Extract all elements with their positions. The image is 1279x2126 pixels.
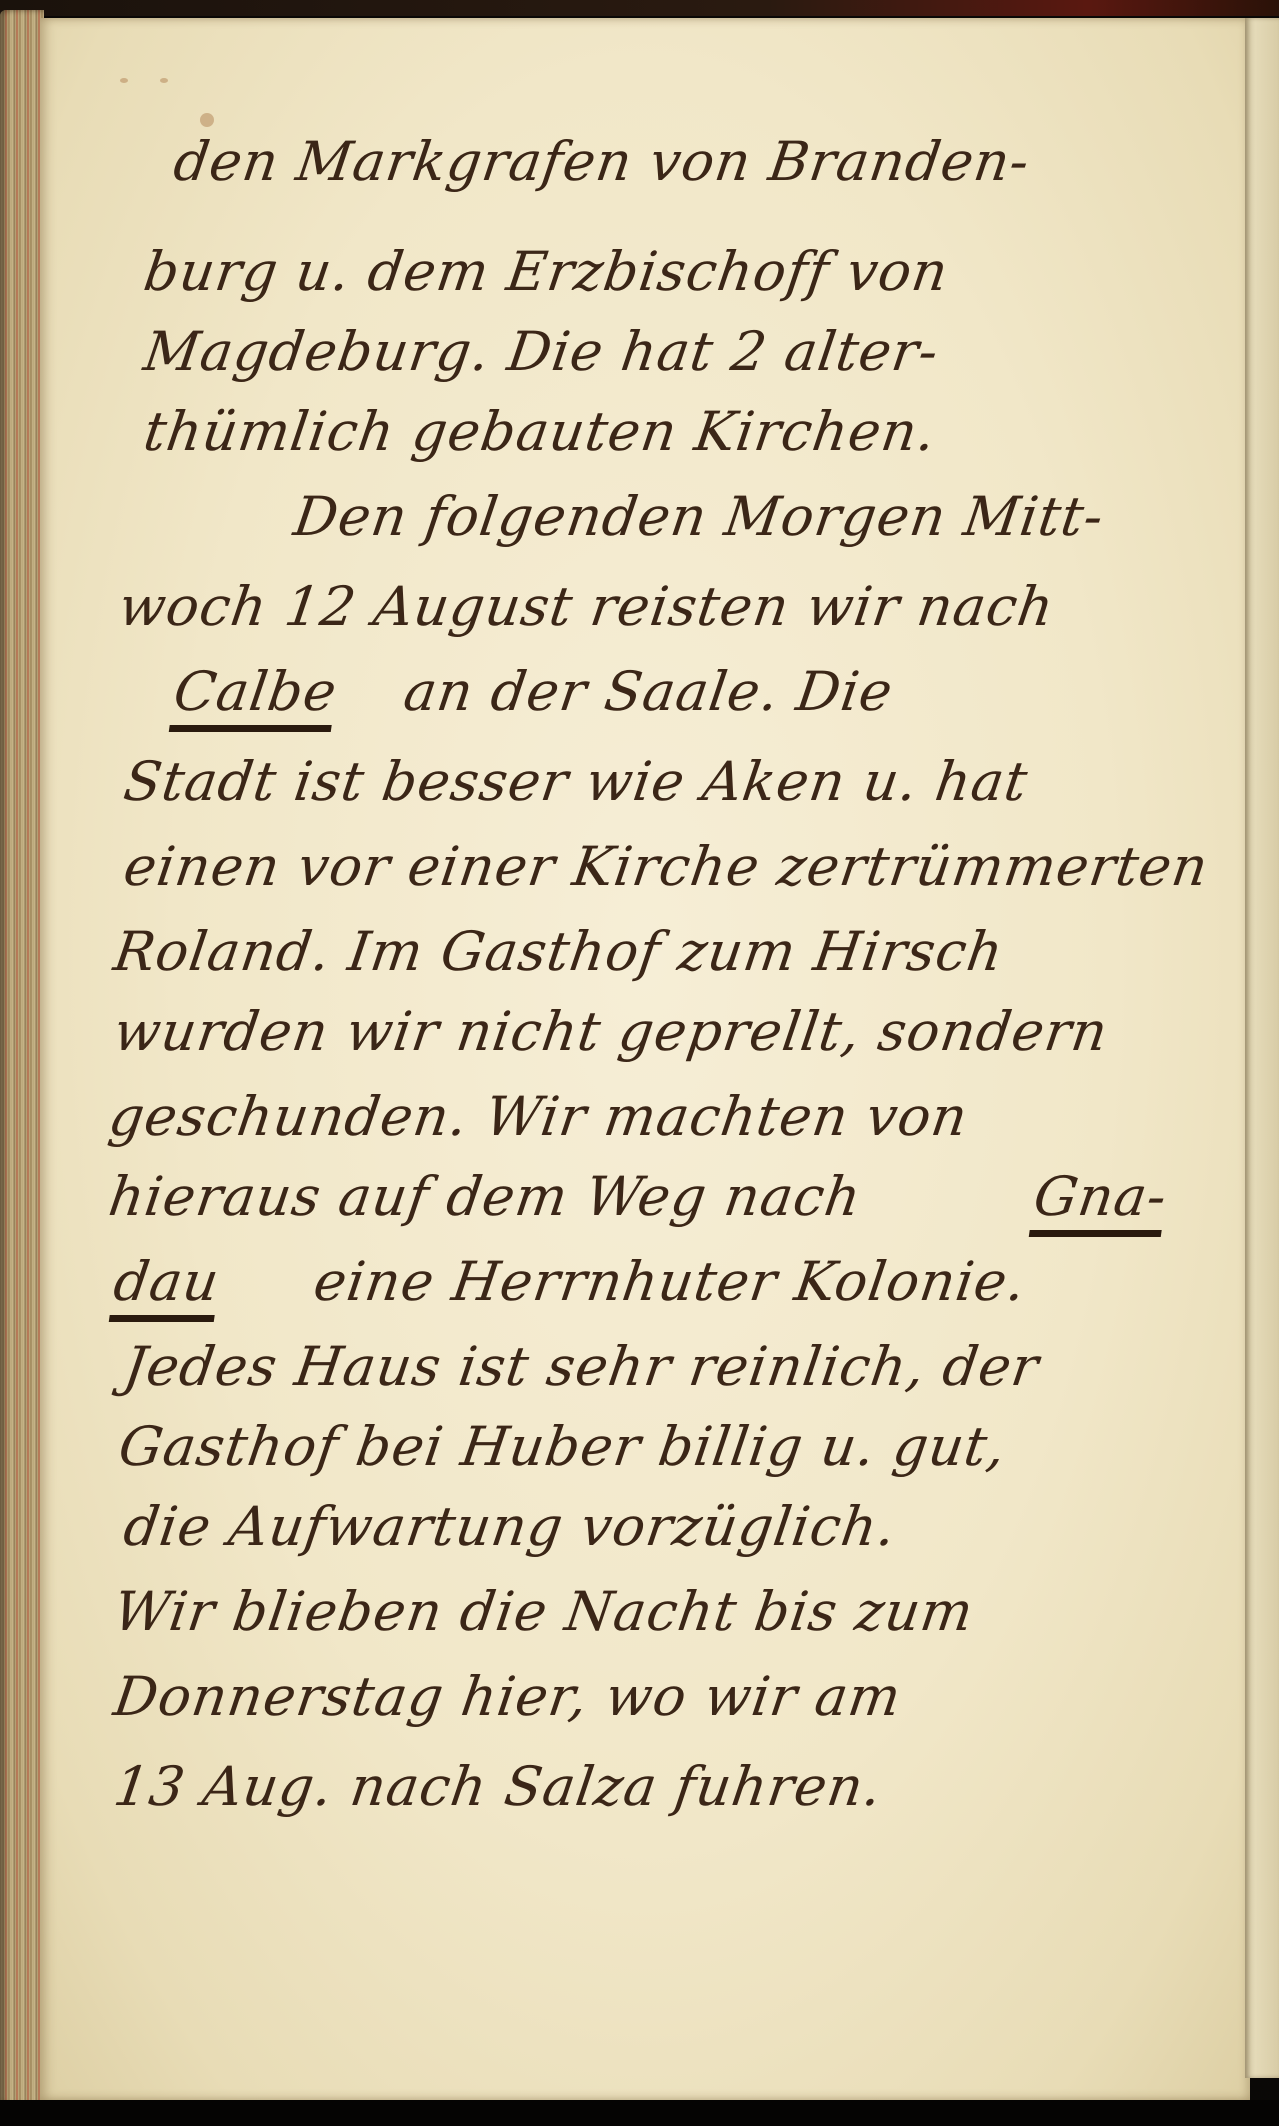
text-line-6: woch 12 August reisten wir nach: [115, 575, 1058, 638]
text-line-16: Gasthof bei Huber billig u. gut,: [115, 1415, 1010, 1478]
text-line-11: wurden wir nicht geprellt, sondern: [110, 1000, 1112, 1063]
text-line-9: einen vor einer Kirche zertrümmerten: [120, 835, 1212, 898]
text-line-1: den Markgrafen von Branden-: [170, 130, 1034, 193]
text-line-18: Wir blieben die Nacht bis zum: [110, 1580, 978, 1643]
text-line-19: Donnerstag hier, wo wir am: [110, 1665, 905, 1728]
text-line-13: hieraus auf dem Weg nach: [105, 1165, 865, 1228]
handwritten-text: den Markgrafen von Branden- burg u. dem …: [0, 0, 1279, 2126]
underlined-place-name: dau: [109, 1250, 224, 1322]
text-line-15: Jedes Haus ist sehr reinlich, der: [120, 1335, 1043, 1398]
text-line-10: Roland. Im Gasthof zum Hirsch: [110, 920, 1008, 983]
text-line-12: geschunden. Wir machten von: [105, 1085, 972, 1148]
underlined-place-name: Gna-: [1029, 1165, 1171, 1237]
text-line-2: burg u. dem Erzbischoff von: [140, 240, 952, 303]
text-line-14-word: dau: [110, 1250, 223, 1313]
text-line-4: thümlich gebauten Kirchen.: [140, 400, 940, 463]
text-line-7-word: Calbe: [170, 660, 341, 723]
text-line-20: 13 Aug. nach Salza fuhren.: [110, 1755, 886, 1818]
text-line-14: eine Herrnhuter Kolonie.: [310, 1250, 1030, 1313]
text-line-8: Stadt ist besser wie Aken u. hat: [120, 750, 1032, 813]
text-line-17: die Aufwartung vorzüglich.: [120, 1495, 900, 1558]
text-line-7: an der Saale. Die: [400, 660, 897, 723]
text-line-3: Magdeburg. Die hat 2 alter-: [140, 320, 943, 383]
text-line-13-word: Gna-: [1030, 1165, 1171, 1228]
underlined-place-name: Calbe: [169, 660, 341, 732]
text-line-5: Den folgenden Morgen Mitt-: [290, 485, 1108, 548]
